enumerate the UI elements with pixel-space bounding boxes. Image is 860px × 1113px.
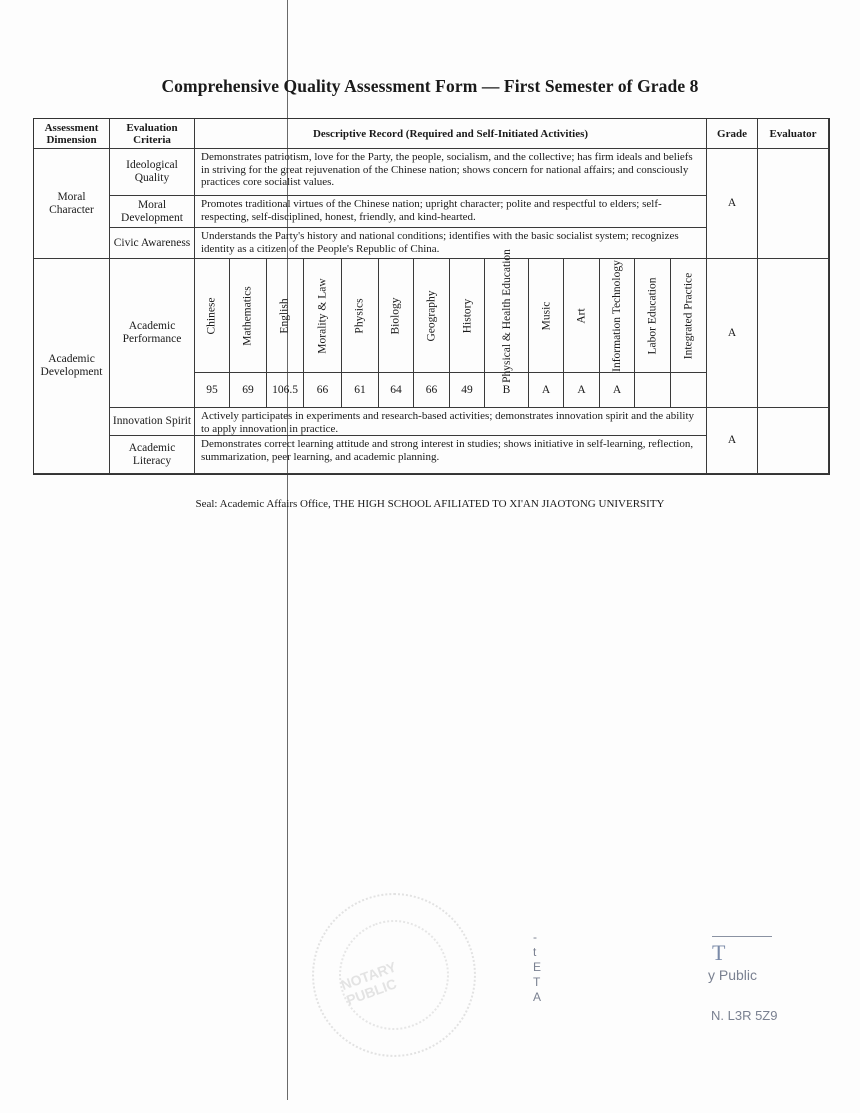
- subject-score: B: [485, 373, 529, 408]
- notary-postal-code: N. L3R 5Z9: [711, 1008, 777, 1023]
- criterion-academic-1: Academic Literacy: [110, 436, 195, 474]
- subject-header: Mathematics: [230, 259, 267, 373]
- subject-score: 66: [414, 373, 450, 408]
- notary-letter: E: [533, 960, 543, 975]
- notary-title: y Public: [708, 967, 757, 983]
- subject-header: Physics: [342, 259, 379, 373]
- criterion-2: Civic Awareness: [110, 228, 195, 259]
- subject-score: A: [529, 373, 564, 408]
- subject-header: History: [450, 259, 485, 373]
- subject-header: Biology: [379, 259, 414, 373]
- subject-score: [671, 373, 707, 408]
- subject-header: Geography: [414, 259, 450, 373]
- record-academic-0: Actively participates in experiments and…: [195, 408, 707, 436]
- criterion-0: Ideological Quality: [110, 149, 195, 196]
- subject-score: 69: [230, 373, 267, 408]
- notary-letter: A: [533, 990, 543, 1005]
- record-academic-1: Demonstrates correct learning attitude a…: [195, 436, 707, 474]
- subject-score: 64: [379, 373, 414, 408]
- header-grade: Grade: [707, 119, 758, 149]
- subject-score: 95: [195, 373, 230, 408]
- criterion-academic-performance: Academic Performance: [110, 259, 195, 408]
- criterion-1: Moral Development: [110, 196, 195, 228]
- subject-header: Integrated Practice: [671, 259, 707, 373]
- grade-academic-performance: A: [707, 259, 758, 408]
- subject-score: 61: [342, 373, 379, 408]
- assessment-table: Assessment DimensionEvaluation CriteriaD…: [33, 118, 830, 475]
- notary-letter: T: [533, 975, 543, 990]
- subject-header: English: [267, 259, 304, 373]
- notary-partial-letters: -tETA: [533, 930, 543, 1005]
- evaluator-academic-performance: [758, 259, 829, 408]
- grade-innovation-literacy: A: [707, 408, 758, 474]
- subject-header: Information Technology: [600, 259, 635, 373]
- header-evaluator: Evaluator: [758, 119, 829, 149]
- record-moral-1: Promotes traditional virtues of the Chin…: [195, 196, 707, 228]
- subject-header: Physical & Health Education: [485, 259, 529, 373]
- dimension-moral-character: Moral Character: [34, 149, 110, 259]
- record-moral-2: Understands the Party's history and nati…: [195, 228, 707, 259]
- subject-score: [635, 373, 671, 408]
- notary-letter: t: [533, 945, 543, 960]
- criterion-academic-0: Innovation Spirit: [110, 408, 195, 436]
- notary-letter: -: [533, 930, 543, 945]
- evaluator-moral: [758, 149, 829, 259]
- subject-score: 66: [304, 373, 342, 408]
- header-record: Descriptive Record (Required and Self-In…: [195, 119, 707, 149]
- notary-signature-rule: [712, 936, 772, 937]
- seal-caption: Seal: Academic Affairs Office, THE HIGH …: [0, 498, 860, 510]
- seal-center-text: NOTARY PUBLIC: [324, 905, 465, 1046]
- subject-score: 106.5: [267, 373, 304, 408]
- notary-embossed-seal: NOTARY PUBLIC: [312, 893, 476, 1057]
- subject-header: Morality & Law: [304, 259, 342, 373]
- subject-score: 49: [450, 373, 485, 408]
- subject-header: Music: [529, 259, 564, 373]
- notary-partial-name: T: [712, 940, 725, 966]
- subject-score: A: [600, 373, 635, 408]
- subject-score: A: [564, 373, 600, 408]
- header-criteria: Evaluation Criteria: [110, 119, 195, 149]
- subject-header: Labor Education: [635, 259, 671, 373]
- grade-moral: A: [707, 149, 758, 259]
- subject-header: Chinese: [195, 259, 230, 373]
- subject-header: Art: [564, 259, 600, 373]
- record-moral-0: Demonstrates patriotism, love for the Pa…: [195, 149, 707, 196]
- evaluator-innovation-literacy: [758, 408, 829, 474]
- form-title: Comprehensive Quality Assessment Form — …: [0, 76, 860, 97]
- header-dimension: Assessment Dimension: [34, 119, 110, 149]
- dimension-academic-development: Academic Development: [34, 259, 110, 474]
